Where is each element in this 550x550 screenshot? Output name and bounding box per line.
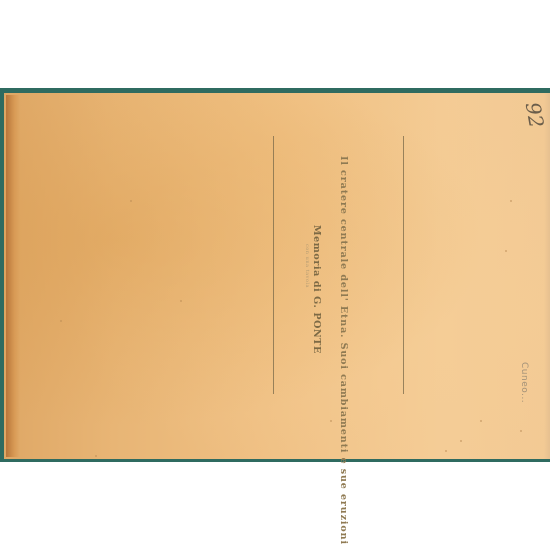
- spine-fold: [6, 95, 20, 457]
- foxing-spot: [95, 455, 97, 457]
- left-rule-line: [273, 136, 274, 394]
- document-scan: Il cratere centrale dell' Etna. Suoi cam…: [0, 0, 550, 550]
- author-line: Memoria di G. PONTE: [311, 225, 322, 354]
- foxing-spot: [505, 250, 507, 252]
- document-title: Il cratere centrale dell' Etna. Suoi cam…: [338, 156, 349, 545]
- foxing-spot: [480, 420, 482, 422]
- handwritten-mark: 92: [521, 100, 549, 129]
- subtitle-line: con una tavola: [304, 244, 310, 288]
- foxing-spot: [510, 200, 512, 202]
- foxing-spot: [520, 430, 522, 432]
- foxing-spot: [330, 420, 332, 422]
- library-stamp: Cuneo...: [519, 362, 529, 403]
- foxing-spot: [180, 300, 182, 302]
- paper-cover: [4, 93, 550, 459]
- right-rule-line: [403, 136, 404, 394]
- foxing-spot: [60, 320, 62, 322]
- foxing-spot: [445, 450, 447, 452]
- foxing-spot: [460, 440, 462, 442]
- foxing-spot: [130, 200, 132, 202]
- page-edge: [544, 93, 550, 459]
